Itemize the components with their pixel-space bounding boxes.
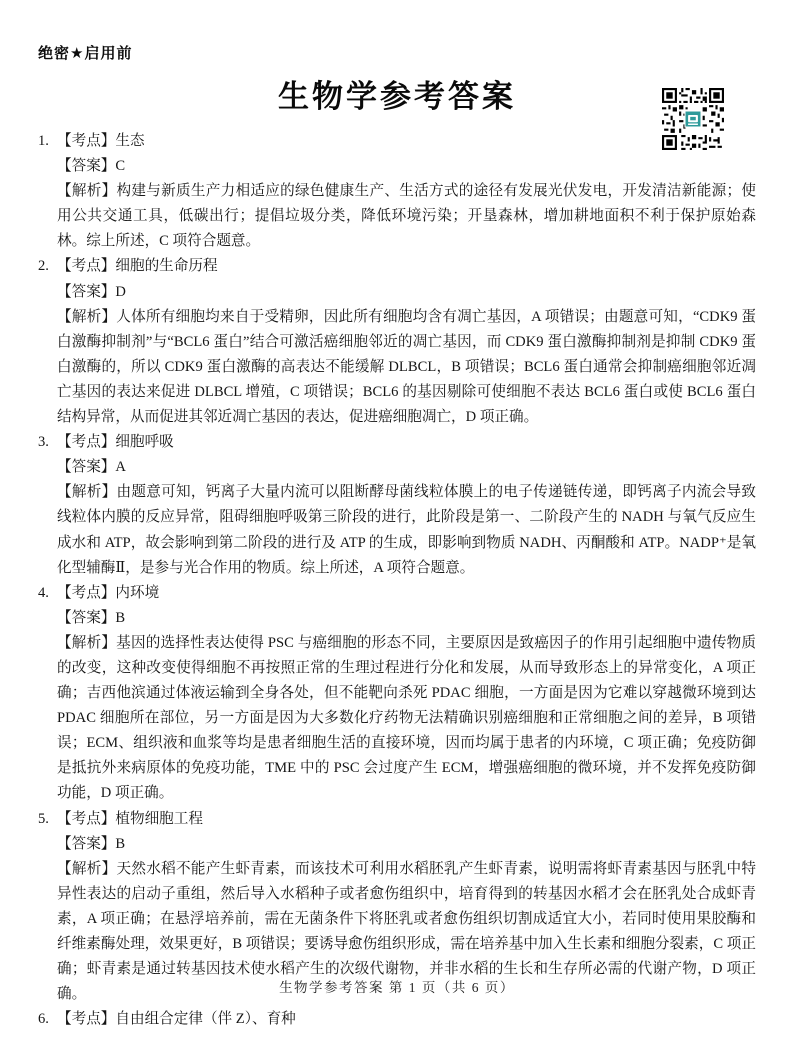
answer-item: 6.【考点】自由组合定律（伴 Z）、育种 xyxy=(38,1007,756,1032)
topic-row: 4.【考点】内环境 xyxy=(38,581,756,606)
topic-row: 5.【考点】植物细胞工程 xyxy=(38,807,756,832)
analysis-row: 【解析】人体所有细胞均来自于受精卵，因此所有细胞均含有凋亡基因，A 项错误；由题… xyxy=(38,305,756,430)
answer-text: B xyxy=(115,610,125,626)
analysis-label: 【解析】 xyxy=(57,484,117,500)
answer-list: 1.【考点】生态 【答案】C 【解析】构建与新质生产力相适应的绿色健康生产、生活… xyxy=(38,129,756,1032)
analysis-text: 由题意可知，钙离子大量内流可以阻断酵母菌线粒体膜上的电子传递链传递，即钙离子内流… xyxy=(57,484,756,575)
topic-text: 细胞的生命历程 xyxy=(115,258,217,274)
answer-label: 【答案】 xyxy=(57,610,115,626)
item-number: 3. xyxy=(38,430,49,455)
security-notice: 绝密★启用前 xyxy=(38,42,756,63)
topic-label: 【考点】 xyxy=(57,258,115,274)
analysis-label: 【解析】 xyxy=(57,635,116,651)
item-number: 5. xyxy=(38,807,49,832)
answer-label: 【答案】 xyxy=(57,158,115,174)
topic-label: 【考点】 xyxy=(57,585,115,601)
topic-text: 植物细胞工程 xyxy=(115,811,203,827)
analysis-row: 【解析】由题意可知，钙离子大量内流可以阻断酵母菌线粒体膜上的电子传递链传递，即钙… xyxy=(38,480,756,580)
topic-row: 6.【考点】自由组合定律（伴 Z）、育种 xyxy=(38,1007,756,1032)
answer-row: 【答案】B xyxy=(38,606,756,631)
topic-row: 3.【考点】细胞呼吸 xyxy=(38,430,756,455)
answer-label: 【答案】 xyxy=(57,836,115,852)
analysis-row: 【解析】构建与新质生产力相适应的绿色健康生产、生活方式的途径有发展光伏发电，开发… xyxy=(38,179,756,254)
answer-item: 3.【考点】细胞呼吸 【答案】A 【解析】由题意可知，钙离子大量内流可以阻断酵母… xyxy=(38,430,756,581)
answer-label: 【答案】 xyxy=(57,459,115,475)
analysis-label: 【解析】 xyxy=(57,183,117,199)
answer-row: 【答案】A xyxy=(38,455,756,480)
page-footer: 生物学参考答案 第 1 页（共 6 页） xyxy=(0,976,794,996)
answer-item: 2.【考点】细胞的生命历程 【答案】D 【解析】人体所有细胞均来自于受精卵，因此… xyxy=(38,254,756,430)
analysis-text: 构建与新质生产力相适应的绿色健康生产、生活方式的途径有发展光伏发电，开发清洁新能… xyxy=(57,183,756,249)
item-number: 6. xyxy=(38,1007,49,1032)
answer-label: 【答案】 xyxy=(57,284,115,300)
analysis-label: 【解析】 xyxy=(57,861,117,877)
topic-label: 【考点】 xyxy=(57,434,115,450)
answer-text: D xyxy=(115,284,126,300)
topic-label: 【考点】 xyxy=(57,811,115,827)
answer-item: 4.【考点】内环境 【答案】B 【解析】基因的选择性表达使得 PSC 与癌细胞的… xyxy=(38,581,756,807)
item-number: 4. xyxy=(38,581,49,606)
document-page: 绝密★启用前 生物学参考答案 1.【考点】生态 【答案】C 【解析】构建与新质生… xyxy=(0,0,794,1059)
answer-row: 【答案】C xyxy=(38,154,756,179)
topic-label: 【考点】 xyxy=(57,1011,115,1027)
page-title: 生物学参考答案 xyxy=(38,71,756,116)
topic-label: 【考点】 xyxy=(57,133,115,149)
answer-item: 1.【考点】生态 【答案】C 【解析】构建与新质生产力相适应的绿色健康生产、生活… xyxy=(38,129,756,254)
answer-text: B xyxy=(115,836,125,852)
topic-row: 1.【考点】生态 xyxy=(38,129,756,154)
answer-text: C xyxy=(115,158,125,174)
answer-text: A xyxy=(115,459,126,475)
analysis-row: 【解析】基因的选择性表达使得 PSC 与癌细胞的形态不同，主要原因是致癌因子的作… xyxy=(38,631,756,807)
analysis-text: 人体所有细胞均来自于受精卵，因此所有细胞均含有凋亡基因，A 项错误；由题意可知，… xyxy=(57,309,756,425)
topic-text: 生态 xyxy=(115,133,144,149)
answer-row: 【答案】D xyxy=(38,280,756,305)
topic-row: 2.【考点】细胞的生命历程 xyxy=(38,254,756,279)
item-number: 1. xyxy=(38,129,49,154)
answer-row: 【答案】B xyxy=(38,832,756,857)
analysis-text: 基因的选择性表达使得 PSC 与癌细胞的形态不同，主要原因是致癌因子的作用引起细… xyxy=(57,635,756,802)
item-number: 2. xyxy=(38,254,49,279)
analysis-label: 【解析】 xyxy=(57,309,116,325)
topic-text: 自由组合定律（伴 Z）、育种 xyxy=(115,1011,295,1027)
topic-text: 细胞呼吸 xyxy=(115,434,173,450)
topic-text: 内环境 xyxy=(115,585,159,601)
